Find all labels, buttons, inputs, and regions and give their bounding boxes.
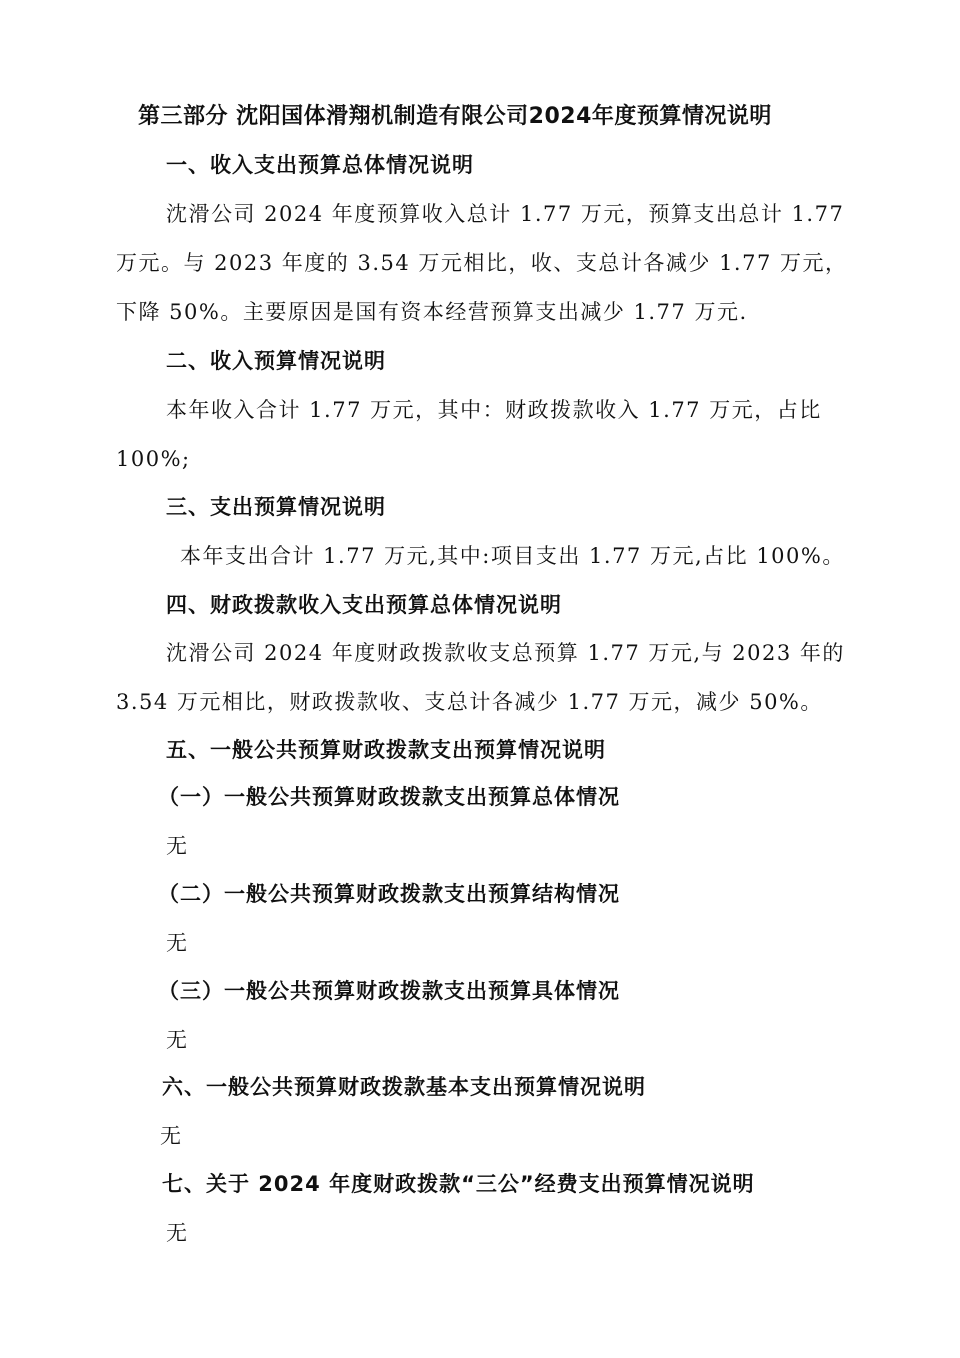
section-heading-2: 二、收入预算情况说明 [166, 346, 386, 376]
section-6-content: 无 [160, 1121, 183, 1151]
section-2-line-2: 100%; [116, 444, 191, 474]
section-3-line-1: 本年支出合计 1.77 万元,其中:项目支出 1.77 万元,占比 100%。 [180, 541, 845, 571]
section-1-line-1: 沈滑公司 2024 年度预算收入总计 1.77 万元，预算支出总计 1.77 [166, 199, 844, 229]
section-heading-6: 六、一般公共预算财政拨款基本支出预算情况说明 [162, 1072, 646, 1102]
section-2-line-1: 本年收入合计 1.77 万元，其中：财政拨款收入 1.77 万元，占比 [166, 395, 822, 425]
section-heading-3: 三、支出预算情况说明 [166, 492, 386, 522]
section-1-line-2: 万元。与 2023 年度的 3.54 万元相比，收、支总计各减少 1.77 万元… [116, 248, 848, 278]
subsection-5-3-content: 无 [166, 1025, 189, 1055]
document-page: 第三部分 沈阳国体滑翔机制造有限公司2024年度预算情况说明 一、收入支出预算总… [0, 0, 960, 1358]
subsection-heading-5-2: （二）一般公共预算财政拨款支出预算结构情况 [158, 879, 620, 909]
section-heading-1: 一、收入支出预算总体情况说明 [166, 150, 474, 180]
section-heading-4: 四、财政拨款收入支出预算总体情况说明 [166, 590, 562, 620]
section-heading-7: 七、关于 2024 年度财政拨款“三公”经费支出预算情况说明 [162, 1169, 755, 1199]
subsection-5-1-content: 无 [166, 831, 189, 861]
section-4-line-1: 沈滑公司 2024 年度财政拨款收支总预算 1.77 万元,与 2023 年的 [166, 638, 845, 668]
document-title: 第三部分 沈阳国体滑翔机制造有限公司2024年度预算情况说明 [138, 102, 772, 132]
section-4-line-2: 3.54 万元相比，财政拨款收、支总计各减少 1.77 万元，减少 50%。 [116, 687, 823, 717]
section-1-line-3: 下降 50%。主要原因是国有资本经营预算支出减少 1.77 万元. [116, 297, 748, 327]
subsection-heading-5-3: （三）一般公共预算财政拨款支出预算具体情况 [158, 976, 620, 1006]
section-heading-5: 五、一般公共预算财政拨款支出预算情况说明 [166, 735, 606, 765]
subsection-heading-5-1: （一）一般公共预算财政拨款支出预算总体情况 [158, 782, 620, 812]
section-7-content: 无 [166, 1218, 189, 1248]
subsection-5-2-content: 无 [166, 928, 189, 958]
